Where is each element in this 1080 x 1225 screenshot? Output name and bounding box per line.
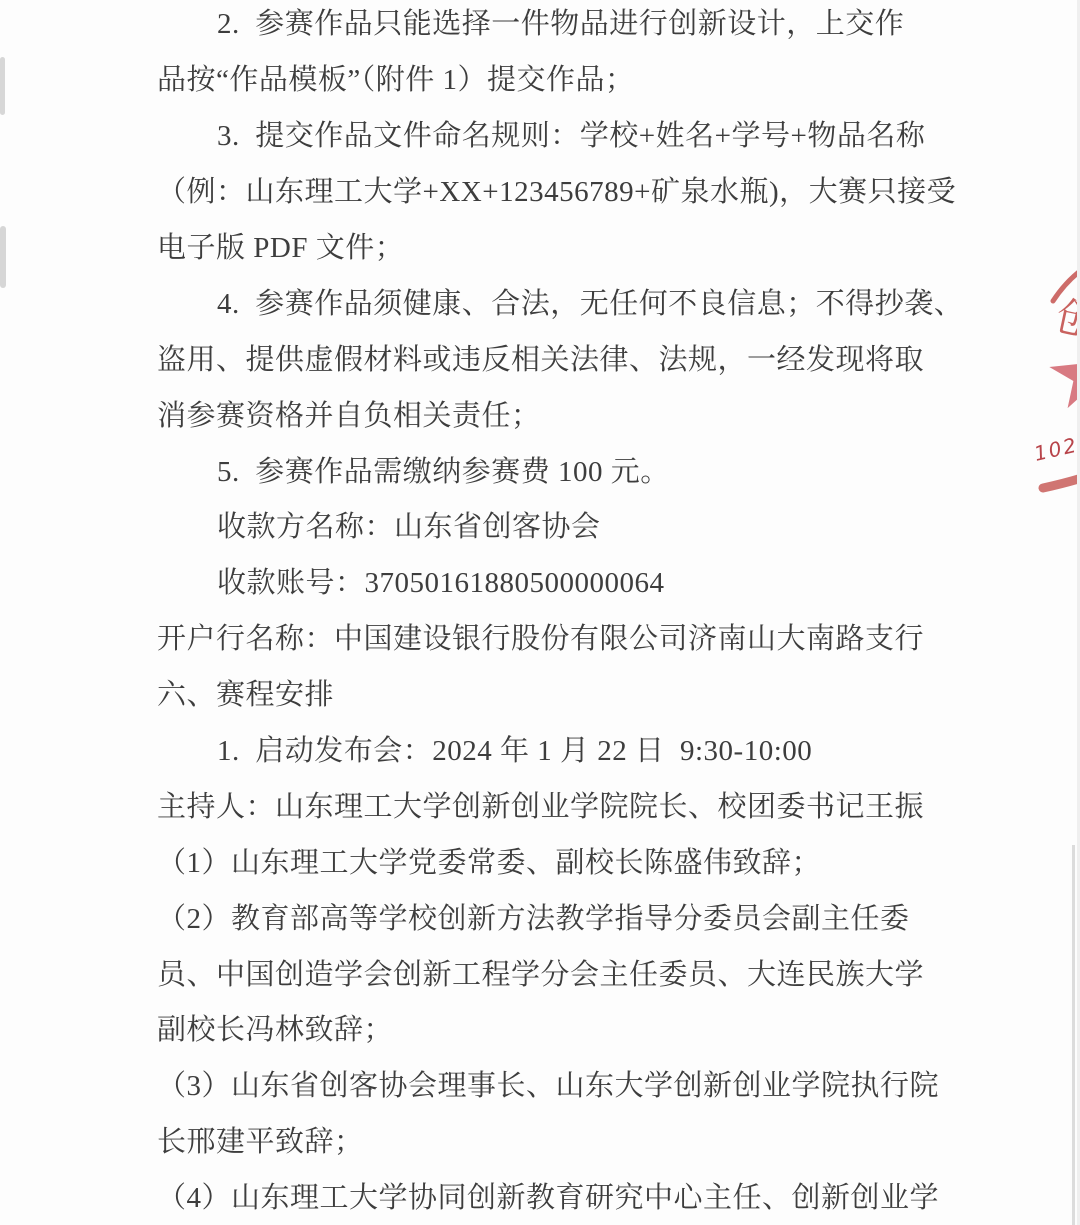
scan-artifact xyxy=(0,57,5,115)
document-line: （4）山东理工大学协同创新教育研究中心主任、创新创业学 xyxy=(157,1168,927,1224)
document-line: 消参赛资格并自负相关责任； xyxy=(157,385,927,441)
section-heading: 六、赛程安排 xyxy=(157,665,927,721)
official-seal-stamp: 创 ★ 1021 xyxy=(1000,255,1080,505)
document-line: 品按“作品模板”（附件 1）提交作品； xyxy=(157,50,927,106)
document-line: 长邢建平致辞； xyxy=(157,1112,927,1168)
document-line: （1）山东理工大学党委常委、副校长陈盛伟致辞； xyxy=(157,832,927,888)
document-page: 2. 参赛作品只能选择一件物品进行创新设计，上交作 品按“作品模板”（附件 1）… xyxy=(0,0,1080,1225)
document-line: 主持人：山东理工大学创新创业学院院长、校团委书记王振 xyxy=(157,776,927,832)
document-line: 2. 参赛作品只能选择一件物品进行创新设计，上交作 xyxy=(157,0,927,50)
document-line: 5. 参赛作品需缴纳参赛费 100 元。 xyxy=(157,441,927,497)
payee-name-line: 收款方名称：山东省创客协会 xyxy=(157,497,927,553)
star-icon: ★ xyxy=(1039,314,1080,432)
document-line: 4. 参赛作品须健康、合法，无任何不良信息；不得抄袭、 xyxy=(157,273,927,329)
bank-name-line: 开户行名称：中国建设银行股份有限公司济南山大南路支行 xyxy=(157,609,927,665)
document-line: （2）教育部高等学校创新方法教学指导分委员会副主任委 xyxy=(157,888,927,944)
scan-artifact xyxy=(0,226,6,288)
document-line: 员、中国创造学会创新工程学分会主任委员、大连民族大学 xyxy=(157,944,927,1000)
document-line: 副校长冯林致辞； xyxy=(157,1000,927,1056)
document-line: 电子版 PDF 文件； xyxy=(157,218,927,274)
document-line: 1. 启动发布会：2024 年 1 月 22 日 9:30-10:00 xyxy=(157,721,927,777)
document-line: （3）山东省创客协会理事长、山东大学创新创业学院执行院 xyxy=(157,1056,927,1112)
scan-edge-line xyxy=(1072,845,1075,1225)
stamp-serial-number: 1021 xyxy=(1032,429,1080,466)
stamp-bottom-arc xyxy=(1043,478,1080,488)
document-line: 盗用、提供虚假材料或违反相关法律、法规，一经发现将取 xyxy=(157,329,927,385)
document-line: （例：山东理工大学+XX+123456789+矿泉水瓶)，大赛只接受 xyxy=(157,162,927,218)
account-number-line: 收款账号：37050161880500000064 xyxy=(157,553,927,609)
document-line: 3. 提交作品文件命名规则：学校+姓名+学号+物品名称 xyxy=(157,106,927,162)
document-body: 2. 参赛作品只能选择一件物品进行创新设计，上交作 品按“作品模板”（附件 1）… xyxy=(157,0,927,1224)
